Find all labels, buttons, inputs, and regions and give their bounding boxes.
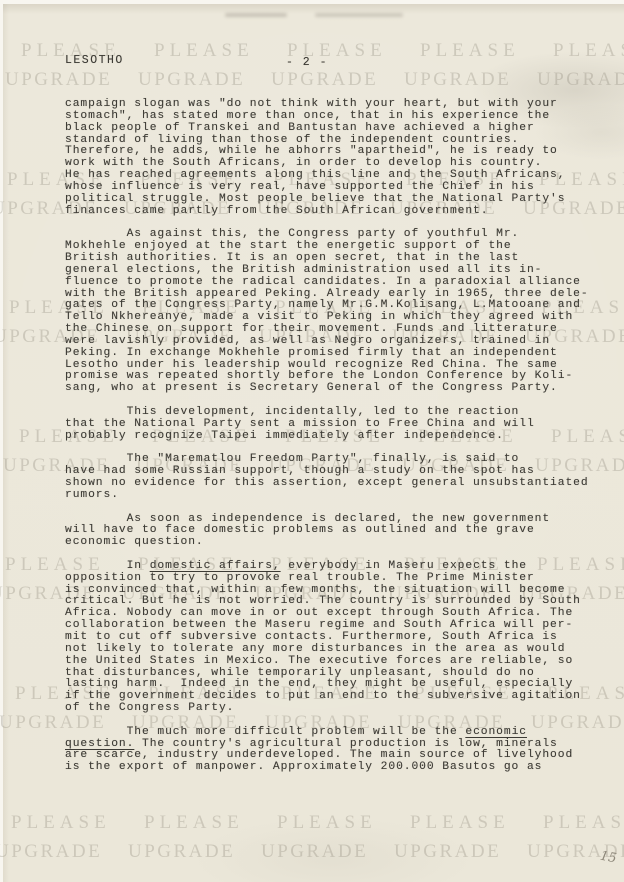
stain-smudge xyxy=(315,13,403,17)
watermark-word: UPGRADE xyxy=(537,69,624,91)
scanned-page: PLEASEPLEASEPLEASEPLEASEPLEASEUPGRADEUPG… xyxy=(3,4,624,882)
watermark-word: UPGRADE xyxy=(271,69,378,91)
text-line: probably recognize Taipei immediately af… xyxy=(65,431,589,443)
text-line: rumors. xyxy=(65,490,589,502)
paragraph: The "Marematlou Freedom Party", finally,… xyxy=(65,454,589,501)
watermark-word: UPGRADE xyxy=(0,841,102,863)
watermark-word: PLEASE xyxy=(420,40,520,62)
handwritten-page-mark: 15 xyxy=(599,849,618,867)
paragraph: The much more difficult problem will be … xyxy=(65,727,589,774)
watermark-word: UPGRADE xyxy=(404,69,511,91)
watermark-word: PLEASE xyxy=(144,812,244,834)
text-line: sang, who at present is Secretary Genera… xyxy=(65,383,589,395)
scan-edge-top xyxy=(3,4,624,14)
watermark-word: PLEASE xyxy=(543,812,624,834)
text-line: economic question. xyxy=(65,537,589,549)
scan-edge-left xyxy=(3,4,9,882)
text-line: of the Congress Party. xyxy=(65,703,589,715)
watermark-word: PLEASE xyxy=(410,812,510,834)
document-body: campaign slogan was "do not think with y… xyxy=(65,99,589,774)
watermark-word: PLEASE xyxy=(154,40,254,62)
paragraph: As soon as independence is declared, the… xyxy=(65,514,589,550)
watermark-word: PLEASE xyxy=(11,812,111,834)
paragraph: campaign slogan was "do not think with y… xyxy=(65,99,589,217)
paragraph: In domestic affairs, everybody in Maseru… xyxy=(65,561,589,715)
watermark-word: UPGRADE xyxy=(394,841,501,863)
watermark-word: UPGRADE xyxy=(261,841,368,863)
stain-smudge xyxy=(225,13,287,17)
watermark-word: UPGRADE xyxy=(5,69,112,91)
text-line: is the export of manpower. Approximately… xyxy=(65,762,589,774)
watermark-word: PLEASE xyxy=(553,40,624,62)
watermark-word: UPGRADE xyxy=(138,69,245,91)
document-title: LESOTHO xyxy=(65,54,124,67)
watermark-word: UPGRADE xyxy=(128,841,235,863)
text-line: shown no evidence for this assertion, ex… xyxy=(65,478,589,490)
page-number: - 2 - xyxy=(286,56,328,69)
watermark-word: PLEASE xyxy=(277,812,377,834)
paragraph: As against this, the Congress party of y… xyxy=(65,229,589,395)
text-line: finances came partly from the South Afri… xyxy=(65,206,589,218)
paragraph: This development, incidentally, led to t… xyxy=(65,407,589,443)
